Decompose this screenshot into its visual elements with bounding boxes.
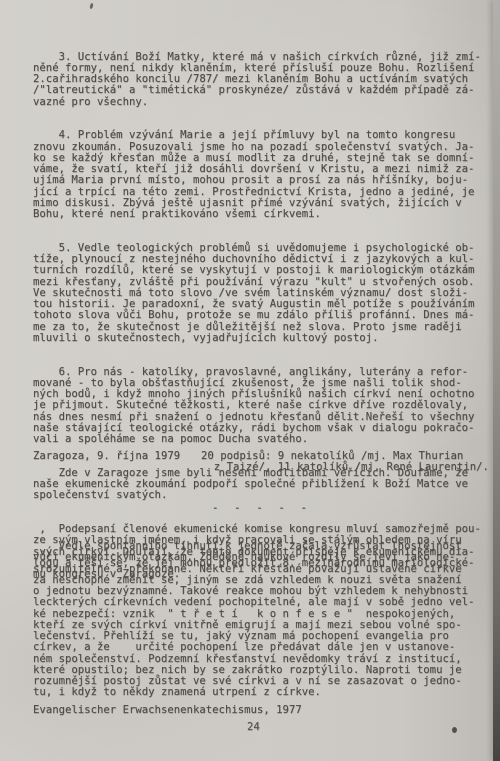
section-divider: - - - - - [212,503,308,514]
scan-edge-shadow [493,0,500,761]
paragraph-3: 3. Uctívání Boží Matky, které má v našic… [33,52,481,108]
epilogue-paragraph: Vedle spontánního tíhnutí k jednotě zača… [33,541,474,699]
signatures-note: 20 podpisů: 9 nekatolíků /mj. Max Thuria… [201,451,489,474]
ink-speck-top [89,3,93,10]
ink-speck-bottom [452,727,457,733]
paragraph-4: 4. Problém vzývání Marie a její přímluvy… [33,130,481,220]
page-number: 24 [247,722,260,733]
main-text-block: 3. Uctívání Boží Matky, které má v našic… [33,29,481,603]
dateline-row: Zaragoza, 9. října 1979 20 podpisů: 9 ne… [33,451,493,496]
scanned-document-page: 3. Uctívání Boží Matky, které má v našic… [0,0,500,761]
paragraph-5: 5. Vedle teologických problémů si uvědom… [33,243,481,344]
paragraph-6: 6. Pro nás - katolíky, pravoslavné, angl… [33,367,481,446]
dateline: Zaragoza, 9. října 1979 [33,451,180,462]
source-citation: Evangelischer Erwachsenenkatechismus, 19… [33,705,302,716]
